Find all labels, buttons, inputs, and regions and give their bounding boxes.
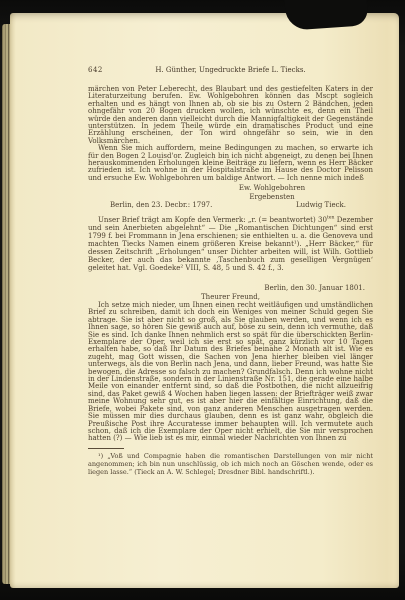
page-content: 642 H. Günther, Ungedruckte Briefe L. Ti… xyxy=(88,13,373,476)
closing-formula: Ew. Wohlgebohren xyxy=(220,184,324,192)
commentary-text-1: Unser Brief trägt am Kopfe den Vermerk: … xyxy=(98,216,327,224)
book-page: 642 H. Günther, Ungedruckte Briefe L. Ti… xyxy=(10,13,399,588)
footnote-1: ¹) „Voß und Compagnie haben die romantis… xyxy=(88,452,373,476)
letter-1797-closing: Ew. Wohlgebohren Ergebensten xyxy=(220,184,324,201)
letter-1801-dateline: Berlin, den 30. Januar 1801. xyxy=(88,284,373,292)
letter-1801-body: Ich setze mich nieder, um Ihnen einen re… xyxy=(88,302,373,443)
scanned-book-photo: 642 H. Günther, Ungedruckte Briefe L. Ti… xyxy=(0,0,405,600)
closing-word: Ergebensten xyxy=(220,193,324,201)
letter-1797-continuation: märchen von Peter Leberecht, des Blaubar… xyxy=(88,86,373,145)
letter-1801-salutation: Theurer Freund, xyxy=(88,293,373,302)
page-number: 642 xyxy=(88,66,134,74)
letter-1797-signature-row: Berlin, den 23. Decbr.: 1797. Ludwig Tie… xyxy=(88,201,373,209)
footnote-separator-rule xyxy=(88,448,124,449)
editorial-commentary: Unser Brief trägt am Kopfe den Vermerk: … xyxy=(88,216,373,272)
letter-1797-dateline: Berlin, den 23. Decbr.: 1797. xyxy=(110,201,263,209)
commentary-text-2: Dezember und sein Anerbieten abgelehnt“ … xyxy=(88,216,373,272)
running-title: H. Günther, Ungedruckte Briefe L. Tiecks… xyxy=(134,66,327,74)
letter-1797-paragraph-2: Wenn Sie mich auffordern, meine Bedingun… xyxy=(88,145,373,182)
letter-1797-signature: Ludwig Tieck. xyxy=(269,201,373,209)
